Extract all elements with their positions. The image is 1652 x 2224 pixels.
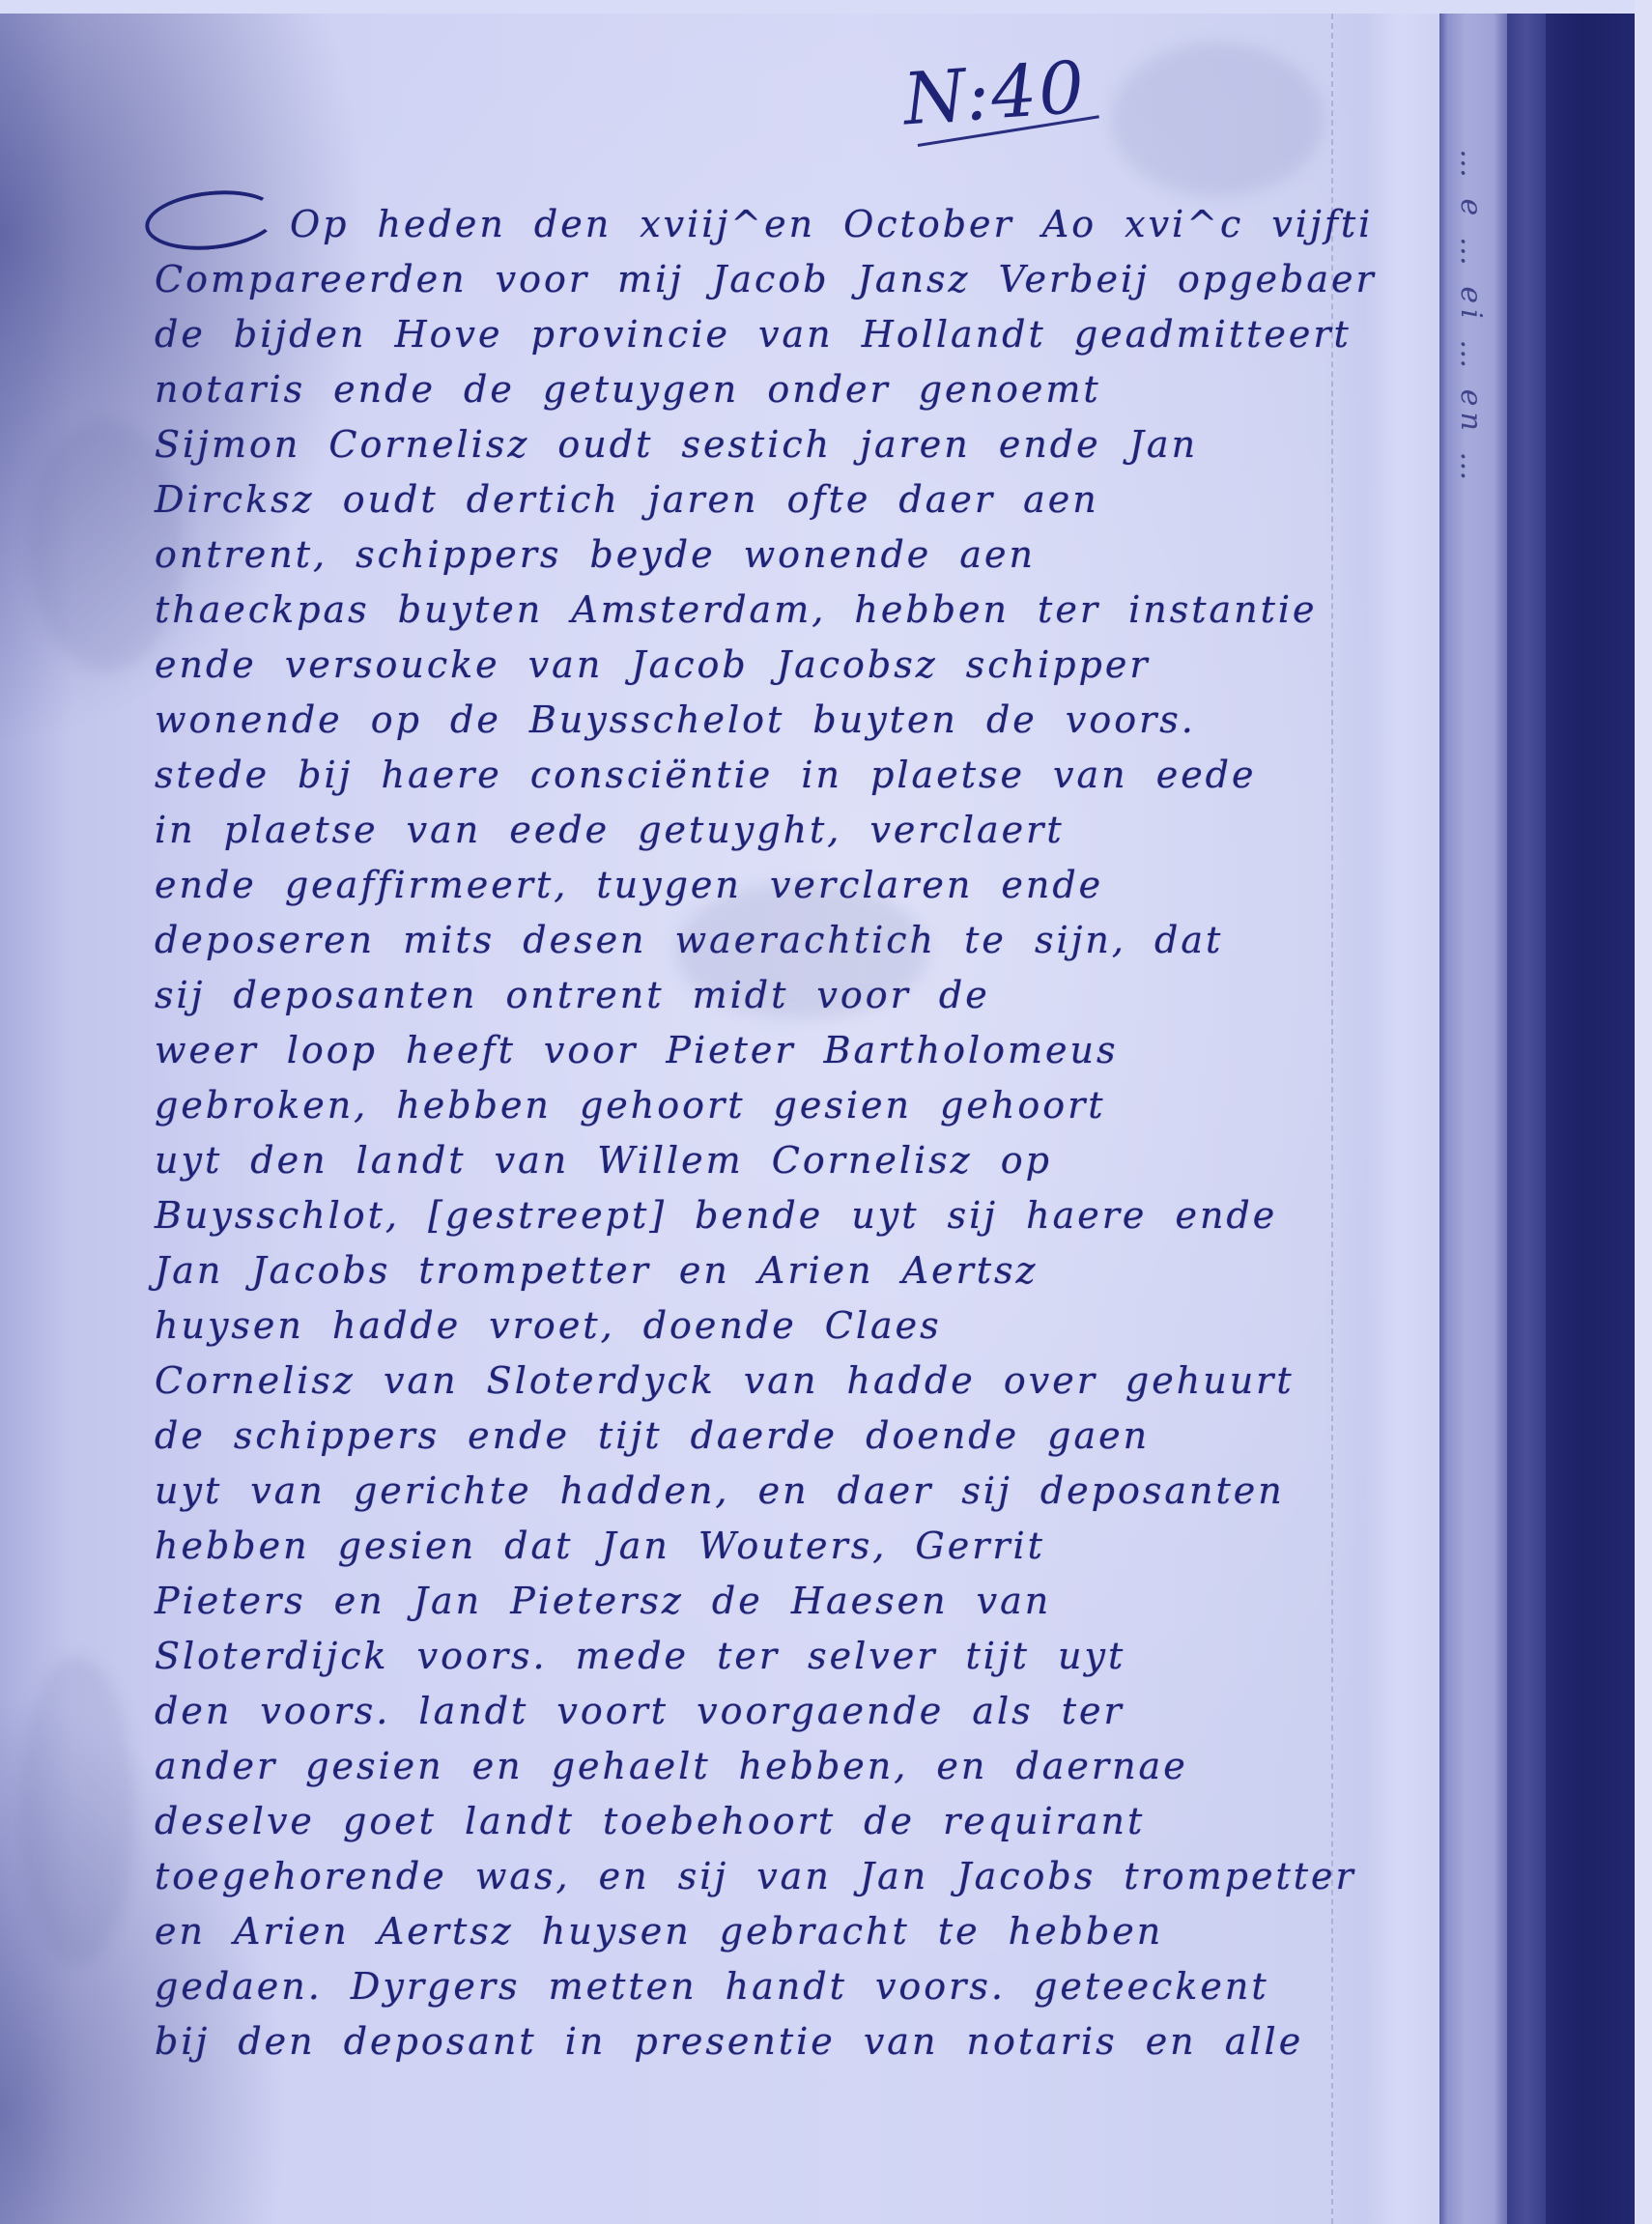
manuscript-line: den voors. landt voort voorgaende als te… (155, 1684, 1381, 1739)
manuscript-line: bij den deposant in presentie van notari… (155, 2014, 1381, 2069)
manuscript-line: Pieters en Jan Pietersz de Haesen van (155, 1574, 1381, 1629)
folio-number: N:40 (900, 46, 1089, 142)
manuscript-line: hebben gesien dat Jan Wouters, Gerrit (155, 1519, 1381, 1574)
manuscript-line: en Arien Aertsz huysen gebracht te hebbe… (155, 1904, 1381, 1959)
manuscript-line: Cornelisz van Sloterdyck van hadde over … (155, 1354, 1381, 1409)
manuscript-line: ontrent, schippers beyde wonende aen (155, 527, 1381, 583)
paper-stain (1111, 43, 1324, 197)
manuscript-line: Jan Jacobs trompetter en Arien Aertsz (155, 1243, 1381, 1298)
stub-margin-writing: … e … ei … en … (1449, 149, 1497, 1501)
manuscript-line: Compareerden voor mij Jacob Jansz Verbei… (155, 252, 1381, 307)
manuscript-line: Op heden den xviij^en October Ao xvi^c v… (155, 197, 1381, 252)
manuscript-line: uyt den landt van Willem Cornelisz op (155, 1133, 1381, 1188)
binding-shadow (1507, 14, 1546, 2224)
manuscript-line: Sloterdijck voors. mede ter selver tijt … (155, 1629, 1381, 1684)
manuscript-line: de schippers ende tijt daerde doende gae… (155, 1409, 1381, 1464)
manuscript-line: notaris ende de getuygen onder genoemt (155, 362, 1381, 417)
manuscript-line: gedaen. Dyrgers metten handt voors. gete… (155, 1959, 1381, 2014)
manuscript-text-block: Op heden den xviij^en October Ao xvi^c v… (155, 197, 1381, 2069)
manuscript-line: Sijmon Cornelisz oudt sestich jaren ende… (155, 417, 1381, 472)
document-scan: N:40 Op heden den xviij^en October Ao xv… (0, 14, 1641, 2224)
manuscript-line: de bijden Hove provincie van Hollandt ge… (155, 307, 1381, 362)
manuscript-line: ende versoucke van Jacob Jacobsz schippe… (155, 638, 1381, 693)
manuscript-line: gebroken, hebben gehoort gesien gehoort (155, 1078, 1381, 1133)
manuscript-line: sij deposanten ontrent midt voor de (155, 968, 1381, 1023)
manuscript-line: deposeren mits desen waerachtich te sijn… (155, 913, 1381, 968)
manuscript-line: huysen hadde vroet, doende Claes (155, 1298, 1381, 1354)
volume-binding-edge (1546, 14, 1635, 2224)
manuscript-line: Buysschlot, [gestreept] bende uyt sij ha… (155, 1188, 1381, 1243)
manuscript-line: in plaetse van eede getuyght, verclaert (155, 803, 1381, 858)
manuscript-line: uyt van gerichte hadden, en daer sij dep… (155, 1464, 1381, 1519)
manuscript-line: toegehorende was, en sij van Jan Jacobs … (155, 1849, 1381, 1904)
manuscript-line: deselve goet landt toebehoort de requira… (155, 1794, 1381, 1849)
manuscript-line: ende geaffirmeert, tuygen verclaren ende (155, 858, 1381, 913)
scan-border (1635, 0, 1652, 2224)
manuscript-line: ander gesien en gehaelt hebben, en daern… (155, 1739, 1381, 1794)
manuscript-line: wonende op de Buysschelot buyten de voor… (155, 693, 1381, 748)
manuscript-page: N:40 Op heden den xviij^en October Ao xv… (0, 14, 1439, 2224)
manuscript-line: weer loop heeft voor Pieter Bartholomeus (155, 1023, 1381, 1078)
manuscript-line: thaeckpas buyten Amsterdam, hebben ter i… (155, 583, 1381, 638)
manuscript-line: Dircksz oudt dertich jaren ofte daer aen (155, 472, 1381, 527)
manuscript-line: stede bij haere consciëntie in plaetse v… (155, 748, 1381, 803)
paper-stain (19, 1656, 135, 1965)
